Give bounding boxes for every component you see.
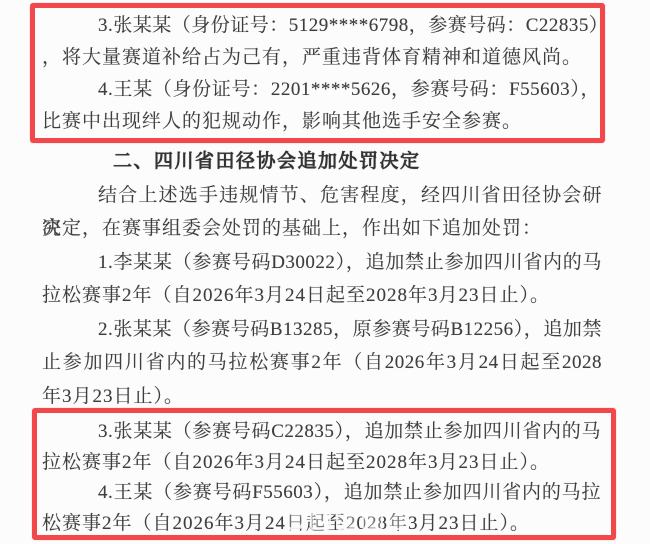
document-line: 3.张某某（身份证号：5129****6798，参赛号码：C22835） <box>42 10 600 42</box>
section-heading: 二、四川省田径协会追加处罚决定 <box>42 145 602 179</box>
document-line: 松赛事2年（自2026年3月24日起至2028年3月23日止）。 <box>42 509 601 540</box>
document-line: 2.张某某（参赛号码B13285，原参赛号码B12256），追加禁 <box>42 313 602 347</box>
document-line: 1.李某某（参赛号码D30022），追加禁止参加四川省内的马 <box>42 246 602 280</box>
document-body: 二、四川省田径协会追加处罚决定结合上述选手违规情节、危害程度，经四川省田径协会研… <box>42 145 602 413</box>
document-line: 3.张某某（参赛号码C22835），追加禁止参加四川省内的马 <box>42 417 601 448</box>
document-line: 拉松赛事2年（自2026年3月24日起至2028年3月23日止）。 <box>42 279 602 313</box>
document-line: 止参加四川省内的马拉松赛事2年（自2026年3月24日起至2028 <box>42 346 602 380</box>
document-line: ，将大量赛道补给占为己有，严重违背体育精神和道德风尚。 <box>42 42 600 74</box>
highlight-box-1: 3.张某某（身份证号：5129****6798，参赛号码：C22835），将大量… <box>30 3 605 143</box>
document-page: 3.张某某（身份证号：5129****6798，参赛号码：C22835），将大量… <box>0 0 650 544</box>
highlight-box-2: 3.张某某（参赛号码C22835），追加禁止参加四川省内的马拉松赛事2年（自20… <box>32 408 616 540</box>
document-line: 4.王某（参赛号码F55603），追加禁止参加四川省内的马拉 <box>42 478 601 509</box>
document-line: 决定，在赛事组委会处罚的基础上，作出如下追加处罚： <box>42 212 602 246</box>
document-line: 4.王某（身份证号：2201****5626，参赛号码：F55603）， <box>42 74 600 106</box>
document-line: 比赛中出现绊人的犯规动作，影响其他选手安全参赛。 <box>42 106 600 138</box>
document-line: 结合上述选手违规情节、危害程度，经四川省田径协会研究 <box>42 179 602 213</box>
document-line: 拉松赛事2年（自2026年3月24日起至2028年3月23日止）。 <box>42 448 601 479</box>
